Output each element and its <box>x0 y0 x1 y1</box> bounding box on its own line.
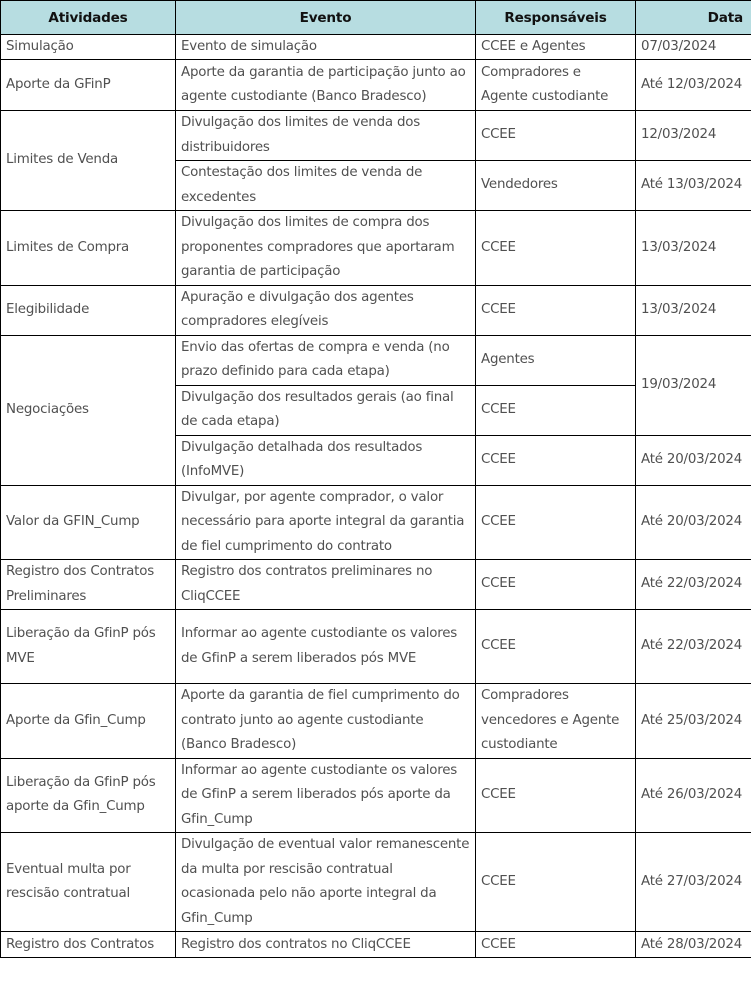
cell-data: Até 22/03/2024 <box>636 610 751 684</box>
cell-responsavel: CCEE <box>476 833 636 932</box>
table-row: Aporte da Gfin_Cump Aporte da garantia d… <box>1 684 751 759</box>
header-data: Data <box>636 1 751 35</box>
cell-evento: Registro dos contratos preliminares no C… <box>176 560 476 610</box>
cell-evento: Evento de simulação <box>176 35 476 60</box>
table-row: Simulação Evento de simulação CCEE e Age… <box>1 35 751 60</box>
cell-atividade: Limites de Compra <box>1 211 176 286</box>
cell-atividade: Eventual multa por rescisão contratual <box>1 833 176 932</box>
cell-atividade: Elegibilidade <box>1 285 176 335</box>
cell-responsavel: Vendedores <box>476 161 636 211</box>
cell-data: 12/03/2024 <box>636 111 751 161</box>
table-row: Aporte da GFinP Aporte da garantia de pa… <box>1 60 751 111</box>
cell-evento: Registro dos contratos no CliqCCEE <box>176 932 476 958</box>
table-row: Elegibilidade Apuração e divulgação dos … <box>1 285 751 335</box>
cell-atividade: Limites de Venda <box>1 111 176 211</box>
header-row: Atividades Evento Responsáveis Data <box>1 1 751 35</box>
table-row: Liberação da GfinP pós MVE Informar ao a… <box>1 610 751 684</box>
cell-data: Até 27/03/2024 <box>636 833 751 932</box>
cell-data: 19/03/2024 <box>636 335 751 435</box>
cell-responsavel: CCEE <box>476 485 636 560</box>
cell-evento: Divulgação dos limites de venda dos dist… <box>176 111 476 161</box>
table-row: Eventual multa por rescisão contratual D… <box>1 833 751 932</box>
cell-data: Até 22/03/2024 <box>636 560 751 610</box>
cell-responsavel: CCEE <box>476 211 636 286</box>
cell-responsavel: Compradores vencedores e Agente custodia… <box>476 684 636 759</box>
table-row: Registro dos Contratos Registro dos cont… <box>1 932 751 958</box>
schedule-table: Atividades Evento Responsáveis Data Simu… <box>0 0 751 958</box>
cell-data: Até 28/03/2024 <box>636 932 751 958</box>
cell-responsavel: CCEE <box>476 610 636 684</box>
cell-responsavel: CCEE <box>476 385 636 435</box>
cell-data: 07/03/2024 <box>636 35 751 60</box>
cell-evento: Apuração e divulgação dos agentes compra… <box>176 285 476 335</box>
cell-atividade: Aporte da GFinP <box>1 60 176 111</box>
cell-responsavel: Compradores e Agente custodiante <box>476 60 636 111</box>
cell-evento: Aporte da garantia de participação junto… <box>176 60 476 111</box>
cell-atividade: Registro dos Contratos <box>1 932 176 958</box>
cell-responsavel: CCEE <box>476 285 636 335</box>
cell-evento: Divulgação dos limites de compra dos pro… <box>176 211 476 286</box>
table-row: Negociações Envio das ofertas de compra … <box>1 335 751 385</box>
cell-data: Até 12/03/2024 <box>636 60 751 111</box>
cell-evento: Envio das ofertas de compra e venda (no … <box>176 335 476 385</box>
cell-evento: Divulgação dos resultados gerais (ao fin… <box>176 385 476 435</box>
cell-responsavel: CCEE <box>476 932 636 958</box>
cell-evento: Aporte da garantia de fiel cumprimento d… <box>176 684 476 759</box>
table-row: Limites de Venda Divulgação dos limites … <box>1 111 751 161</box>
cell-responsavel: CCEE <box>476 111 636 161</box>
cell-responsavel: CCEE <box>476 758 636 833</box>
cell-data: Até 13/03/2024 <box>636 161 751 211</box>
cell-data: Até 26/03/2024 <box>636 758 751 833</box>
cell-evento: Divulgar, por agente comprador, o valor … <box>176 485 476 560</box>
cell-data: Até 25/03/2024 <box>636 684 751 759</box>
cell-atividade: Liberação da GfinP pós aporte da Gfin_Cu… <box>1 758 176 833</box>
cell-responsavel: Agentes <box>476 335 636 385</box>
table-row: Limites de Compra Divulgação dos limites… <box>1 211 751 286</box>
cell-atividade: Valor da GFIN_Cump <box>1 485 176 560</box>
cell-atividade: Liberação da GfinP pós MVE <box>1 610 176 684</box>
table-row: Liberação da GfinP pós aporte da Gfin_Cu… <box>1 758 751 833</box>
cell-data: Até 20/03/2024 <box>636 485 751 560</box>
cell-responsavel: CCEE <box>476 560 636 610</box>
header-evento: Evento <box>176 1 476 35</box>
cell-evento: Informar ao agente custodiante os valore… <box>176 610 476 684</box>
cell-atividade: Negociações <box>1 335 176 485</box>
cell-responsavel: CCEE <box>476 435 636 485</box>
cell-data: 13/03/2024 <box>636 285 751 335</box>
table-row: Valor da GFIN_Cump Divulgar, por agente … <box>1 485 751 560</box>
cell-evento: Divulgação detalhada dos resultados (Inf… <box>176 435 476 485</box>
cell-evento: Informar ao agente custodiante os valore… <box>176 758 476 833</box>
cell-responsavel: CCEE e Agentes <box>476 35 636 60</box>
cell-evento: Divulgação de eventual valor remanescent… <box>176 833 476 932</box>
cell-data: 13/03/2024 <box>636 211 751 286</box>
cell-atividade: Simulação <box>1 35 176 60</box>
cell-atividade: Registro dos Contratos Preliminares <box>1 560 176 610</box>
cell-data: Até 20/03/2024 <box>636 435 751 485</box>
cell-evento: Contestação dos limites de venda de exce… <box>176 161 476 211</box>
cell-atividade: Aporte da Gfin_Cump <box>1 684 176 759</box>
table-row: Registro dos Contratos Preliminares Regi… <box>1 560 751 610</box>
header-atividades: Atividades <box>1 1 176 35</box>
header-responsaveis: Responsáveis <box>476 1 636 35</box>
